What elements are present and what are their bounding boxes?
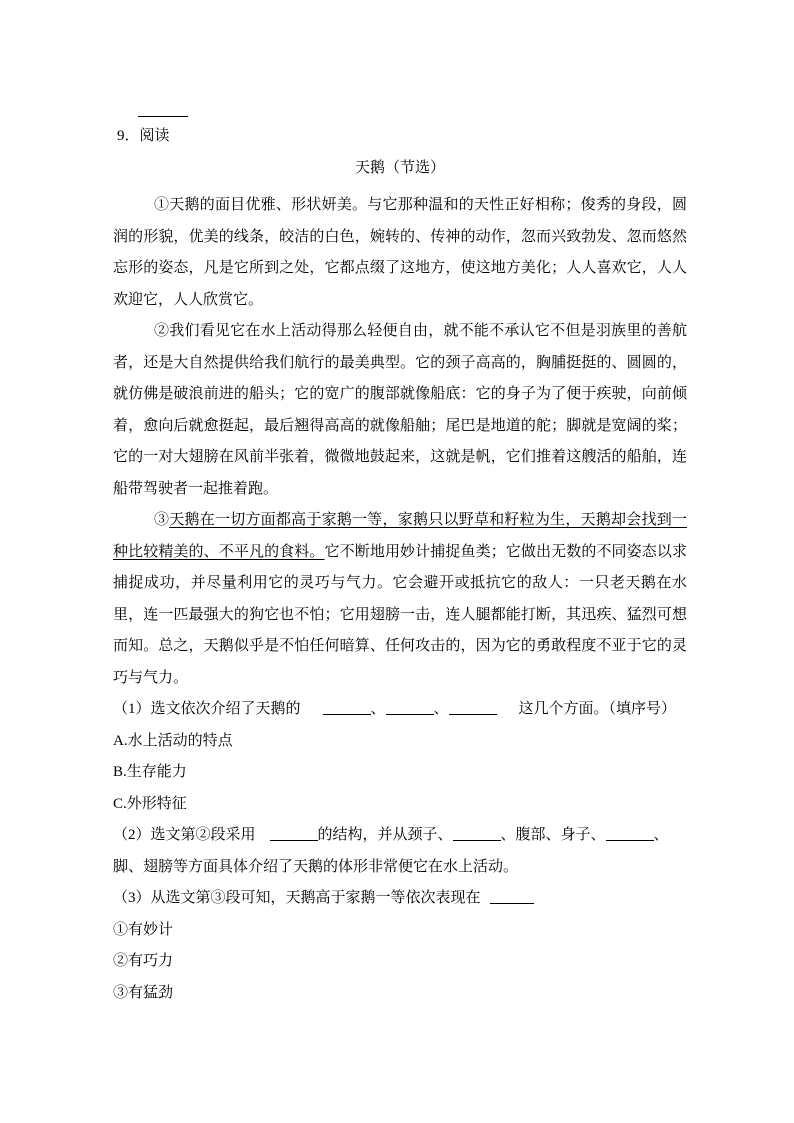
q3-item-3: ③有猛劲 [113,978,687,1010]
question-1-lead: （1）选文依次介绍了天鹅的 [113,701,301,717]
q3-item-2: ②有巧力 [113,946,687,978]
fill-in-blank [270,838,318,841]
passage-paragraph-1: ①天鹅的面目优雅、形状妍美。与它那种温和的天性正好相称；俊秀的身段，圆润的形貌，… [113,190,687,316]
answer-blank [138,114,188,117]
option-c: C.外形特征 [113,789,687,821]
fill-in-blank [386,712,434,715]
question-1-tail: 这几个方面。（填序号） [519,701,677,717]
fill-in-blank [323,712,371,715]
fill-in-blank [449,712,497,715]
question-3-lead: （3）从选文第③段可知，天鹅高于家鹅一等依次表现在 [113,890,481,906]
paragraph-3-marker: ③ [154,512,169,528]
fill-in-blank [453,838,501,841]
passage-paragraph-3: ③天鹅在一切方面都高于家鹅一等，家鹅只以野草和籽粒为生，天鹅却会找到一种比较精美… [113,505,687,694]
blank-separator: 、 [371,701,386,717]
document-page: 9．阅读 天鹅（节选） ①天鹅的面目优雅、形状妍美。与它那种温和的天性正好相称；… [0,0,794,1123]
question-2-part-2: 的结构，并从颈子、 [318,827,453,843]
paragraph-3-rest: 它不断地用妙计捕捉鱼类；它做出无数的不同姿态以求捕捉成功，并尽量利用它的灵巧与气… [113,544,687,686]
question-3: （3）从选文第③段可知，天鹅高于家鹅一等依次表现在 [113,883,687,915]
previous-answer-blank-line [113,106,687,121]
question-number: 9．阅读 [117,121,687,153]
question-1: （1）选文依次介绍了天鹅的、、这几个方面。（填序号） [113,694,687,726]
q3-item-1: ①有妙计 [113,915,687,947]
question-1-blank-group: 、、 [323,701,497,717]
option-b: B.生存能力 [113,757,687,789]
fill-in-blank [490,901,534,904]
blank-separator: 、 [434,701,449,717]
option-a: A.水上活动的特点 [113,726,687,758]
passage-paragraph-2: ②我们看见它在水上活动得那么轻便自由，就不能不承认它不但是羽族里的善航者，还是大… [113,316,687,505]
question-2: （2）选文第②段采用的结构，并从颈子、、腹部、身子、、脚、翅膀等方面具体介绍了天… [113,820,687,883]
question-2-part-1: （2）选文第②段采用 [113,827,256,843]
fill-in-blank [606,838,654,841]
question-2-part-3: 、腹部、身子、 [501,827,606,843]
passage-title: 天鹅（节选） [113,153,687,185]
